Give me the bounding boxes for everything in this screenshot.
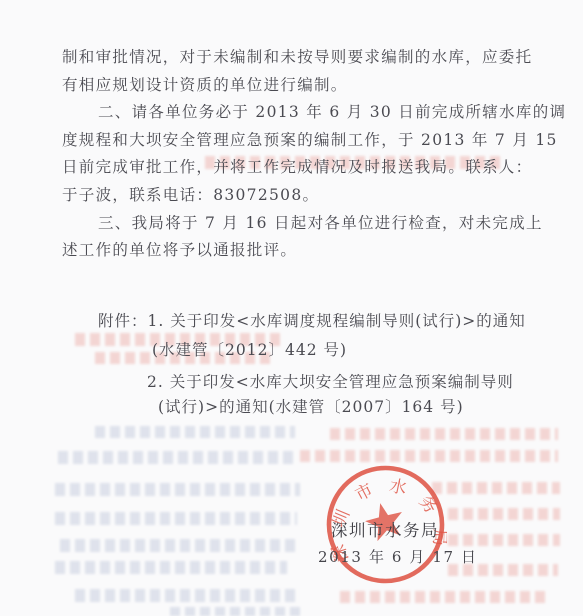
bleed-line [170,607,300,616]
bleed-line [330,428,558,440]
signature-organization: 深圳市水务局 [331,517,439,541]
body-line: 二、请各单位务必于 2013 年 6 月 30 日前完成所辖水库的调 [62,99,522,127]
bleed-line [58,451,296,464]
bleed-line [55,561,287,574]
attachment-line: 2. 关于印发<水库大坝安全管理应急预案编制导则 [147,373,514,391]
body-line: 三、我局将于 7 月 16 日起对各单位进行检查，对未完成上 [62,210,522,238]
bleed-line [432,482,560,494]
bleed-line [75,589,297,602]
body-line: 制和审批情况，对于未编制和未按导则要求编制的水库，应委托 [62,44,522,72]
bleed-line [448,534,560,546]
body-line: 述工作的单位将予以通报批评。 [62,237,522,265]
bleed-line [300,450,558,462]
attachment-line: (水建管〔2012〕442 号) [152,341,347,359]
scanned-document-page: 制和审批情况，对于未编制和未按导则要求编制的水库，应委托 有相应规划设计资质的单… [0,0,583,616]
bleed-line [448,508,560,520]
bleed-line [95,426,295,438]
body-line: 日前完成审批工作，并将工作完成情况及时报送我局。联系人： [62,154,522,182]
signature-date: 2013 年 6 月 17 日 [318,546,478,567]
bleed-line [55,512,297,525]
bleed-line [55,483,300,496]
bleed-line [60,539,297,552]
attachment-line: 附件：1. 关于印发<水库调度规程编制导则(试行)>的通知 [98,312,526,330]
body-line: 有相应规划设计资质的单位进行编制。 [62,72,522,100]
body-line: 度规程和大坝安全管理应急预案的编制工作，于 2013 年 7 月 15 [62,127,522,155]
attachment-line: (试行)>的通知(水建管〔2007〕164 号) [158,398,464,416]
body-line: 于子波，联系电话：83072508。 [62,182,522,210]
bleed-line [340,591,545,603]
document-body: 制和审批情况，对于未编制和未按导则要求编制的水库，应委托 有相应规划设计资质的单… [62,44,522,265]
